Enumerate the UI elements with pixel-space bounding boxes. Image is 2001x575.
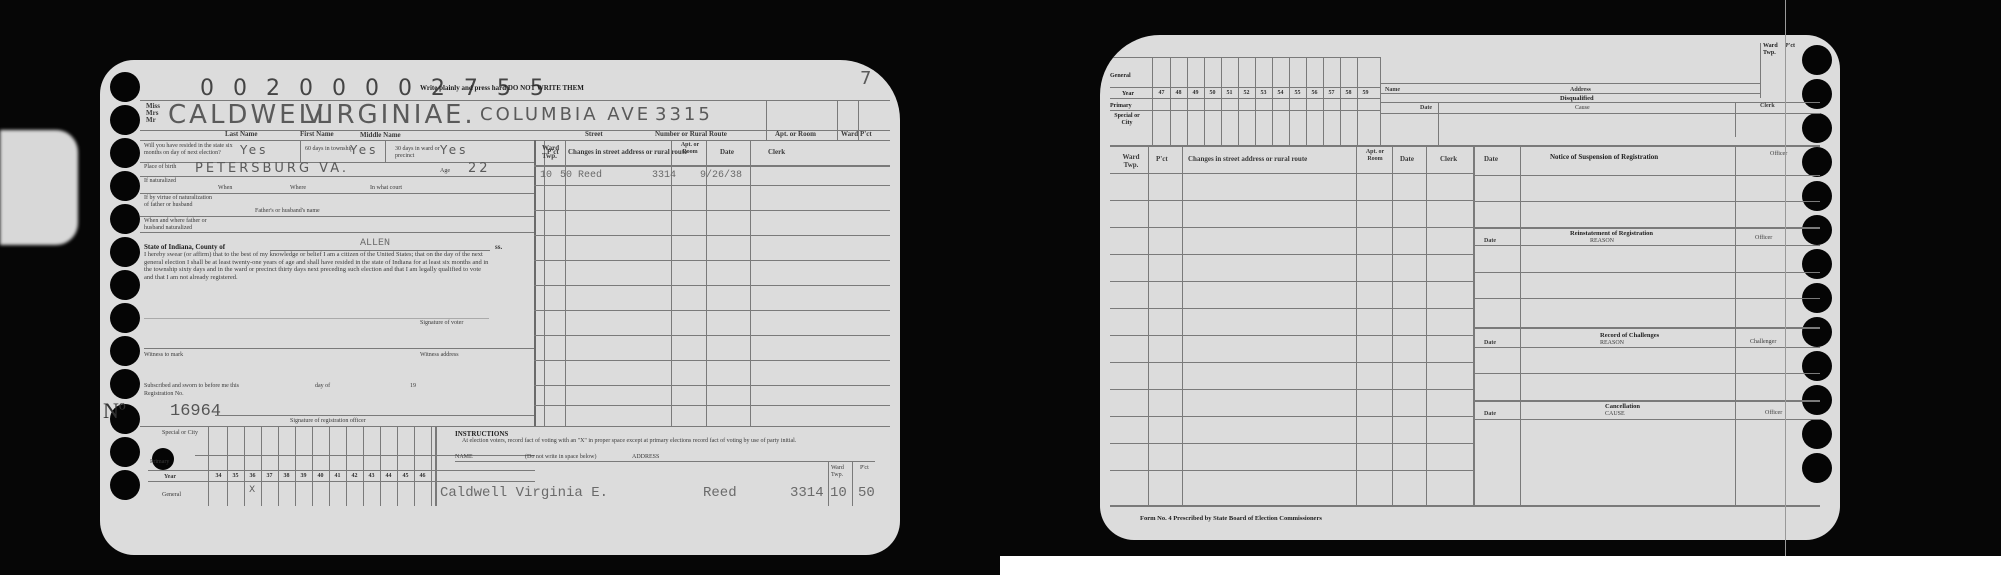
grid-row-year: Year [164,474,176,481]
punch-hole [1802,45,1832,75]
back-col-pct: P'ct [1156,155,1168,163]
officer-signature-label: Signature of registration officer [290,418,366,425]
challenges-date-label: Date [1484,340,1496,347]
residence-ward-value: Yes [440,143,468,157]
by-virtue-label: If by virtue of naturalization of father… [144,195,214,209]
suspension-title: Notice of Suspension of Registration [1550,153,1658,162]
instr-address-label: ADDRESS [632,454,659,461]
reinstatement-reason-label: REASON [1590,238,1614,245]
ward-label: Ward [841,130,858,138]
punch-hole [110,105,140,135]
punch-hole [1802,317,1832,347]
residence-state-value: Yes [240,143,268,157]
card-tab-left [0,130,78,245]
scan-margin [1000,556,2001,575]
header-notice: Write plainly and press hard DO NOT WRIT… [420,84,584,93]
row-date: 9/26/38 [700,170,742,181]
grid-row-primary: Primary [150,459,169,466]
reinstatement-date-label: Date [1484,238,1496,245]
punch-hole [110,237,140,267]
instructions-text: At election voters, record fact of votin… [462,438,872,445]
ss-label: ss. [495,243,502,251]
typed-ward: 10 [830,485,847,501]
col-changes: Changes in street address or rural route [568,148,687,156]
street-label: Street [585,130,603,138]
age-label: Age [440,168,450,175]
first-name-label: First Name [300,130,334,138]
county-value: ALLEN [360,238,390,249]
punch-hole [110,470,140,500]
pct-label: P'ct [860,130,872,138]
suspension-date-label: Date [1484,155,1498,163]
subscribed-label: Subscribed and sworn to before me this [144,383,239,390]
punch-hole [1802,249,1832,279]
back-col-changes: Changes in street address or rural route [1188,155,1307,163]
back-grid-general: General [1110,73,1131,80]
residence-state-question: Will you have resided in the state six m… [144,143,234,157]
middle-initial-value: E. [445,100,476,130]
back-col-ward: Ward Twp. [1118,153,1144,169]
punch-hole [110,303,140,333]
birthplace-label: Place of birth [144,164,184,171]
general-1936-mark: X [249,485,255,495]
punch-hole [110,72,140,102]
row-pct: 50 [560,170,572,181]
naturalized-label: If naturalized [144,178,184,185]
street-value: COLUMBIA AVE [480,104,651,125]
col-apt: Apt. or Room [676,142,704,156]
cancellation-officer-label: Officer [1765,410,1782,417]
last-name-label: Last Name [225,130,257,138]
form-footer: Form No. 4 Prescribed by State Board of … [1140,515,1322,522]
typed-name: Caldwell Virginia E. [440,485,608,501]
reinstatement-officer-label: Officer [1755,235,1772,242]
punch-hole [1802,453,1832,483]
number-sign: Nº [103,400,126,422]
scan-line-artifact [1785,0,1786,556]
instr-ward-label: Ward Twp. [831,465,851,479]
naturalized-court: In what court [370,185,402,192]
row-street: Reed [578,170,602,181]
registration-no-label: Registration No. [144,391,184,398]
back-ward-label: Ward Twp. [1763,43,1783,57]
punch-hole [110,336,140,366]
back-col-date: Date [1400,155,1414,163]
witness-mark-label: Witness to mark [144,352,183,359]
when-where-label: When and where father or husband natural… [144,218,224,232]
back-pct-label: P'ct [1785,43,1795,50]
challenges-reason-label: REASON [1600,340,1624,347]
col-date: Date [720,148,734,156]
apt-label: Apt. or Room [775,130,816,138]
punch-hole [110,270,140,300]
punch-hole [1802,147,1832,177]
typed-number: 3314 [790,485,824,501]
punch-hole [1802,351,1832,381]
col-pct: P'ct [547,148,559,156]
punch-hole [1802,181,1832,211]
back-col-apt: Apt. or Room [1360,149,1390,163]
punch-hole [1802,215,1832,245]
punch-hole [110,138,140,168]
naturalized-where: Where [290,185,306,192]
row-ward: 10 [540,170,552,181]
row-number: 3314 [652,170,676,181]
naturalized-when: When [218,185,232,192]
day-of-label: day of [315,383,330,390]
cancellation-title: Cancellation [1605,403,1640,410]
age-value: 22 [468,161,491,176]
honorific-mr: Mr [146,116,156,124]
col-clerk: Clerk [768,148,785,156]
number-label: Number or Rural Route [655,130,727,138]
instr-name-label: NAME [455,454,473,461]
reinstatement-title: Reinstatement of Registration [1570,230,1653,237]
back-cause-label: Cause [1575,105,1590,112]
corner-mark: 7 [860,68,871,89]
middle-name-label: Middle Name [360,131,401,139]
witness-address-label: Witness address [420,352,459,359]
voter-signature-label: Signature of voter [420,320,463,327]
residence-township-value: Yes [350,143,378,157]
back-grid-primary: Primary [1110,103,1132,110]
punch-hole [1802,113,1832,143]
grid-row-general: General [162,492,181,499]
instr-pct-label: P'ct [860,465,869,472]
back-col-clerk: Clerk [1440,155,1457,163]
registration-card-front: 0 0 2 0 0 0 0 2 7 5 5 Write plainly and … [100,60,900,555]
back-grid-year: Year [1122,91,1134,98]
back-clerk-label: Clerk [1760,103,1775,110]
birthplace-value: PETERSBURG VA. [195,161,349,176]
oath-text: I hereby swear (or affirm) that to the b… [144,251,489,281]
instr-name-hint: (Do not write in space below) [525,454,596,461]
cancellation-date-label: Date [1484,411,1496,418]
registration-card-back: General Year Primary Special or City 47 … [1100,35,1840,540]
typed-pct: 50 [858,485,875,501]
punch-hole [110,171,140,201]
back-date-label: Date [1420,105,1432,112]
grid-row-special: Special or City [160,430,200,437]
punch-hole [1802,79,1832,109]
challenges-title: Record of Challenges [1600,332,1659,339]
challenger-label: Challenger [1750,339,1776,346]
father-husband-name-label: Father's or husband's name [255,208,320,215]
registration-number: 16964 [170,402,221,421]
back-grid-special: Special or City [1112,113,1142,127]
typed-street: Reed [703,485,737,501]
house-number-value: 3315 [655,104,713,125]
punch-hole [1802,419,1832,449]
cancellation-cause-label: CAUSE [1605,411,1625,418]
punch-hole [110,437,140,467]
back-disqualified-label: Disqualified [1560,95,1594,102]
punch-hole [110,369,140,399]
punch-hole [110,204,140,234]
first-name-value: VIRGINIA [305,100,445,130]
year-prefix: 19 [410,383,416,390]
